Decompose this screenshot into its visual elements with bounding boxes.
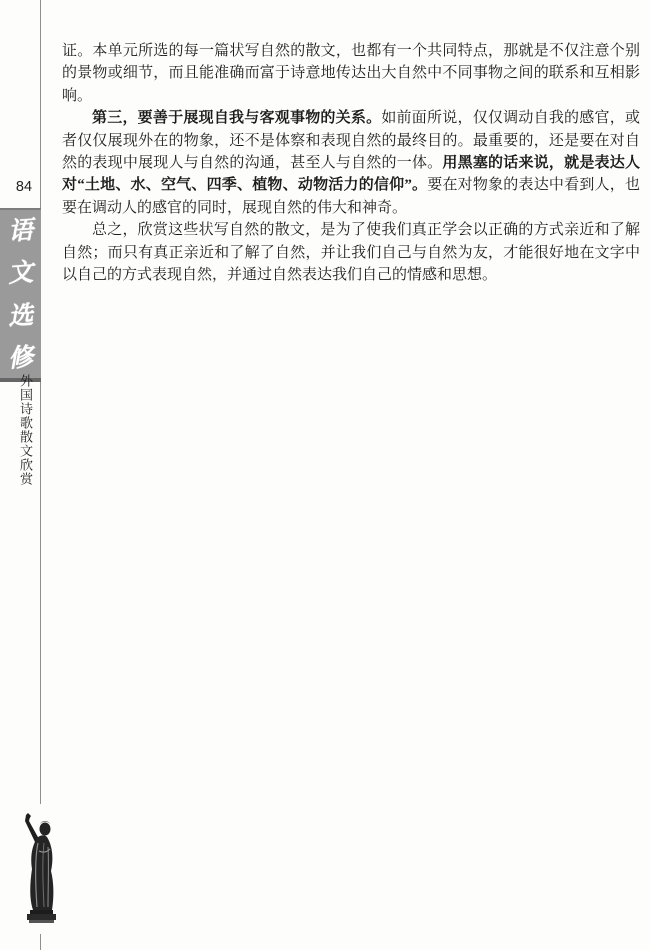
series-logo-char: 语 (7, 217, 34, 244)
paragraph: 第三，要善于展现自我与客观事物的关系。如前面所说，仅仅调动自我的感官，或者仅仅展… (62, 107, 640, 219)
subject-title-vertical: 外国诗歌散文欣赏 (15, 374, 34, 494)
book-page: 84 语 文 选 修 外国诗歌散文欣赏 证。本单元所选的每一篇状写自然的散文，也… (0, 0, 650, 950)
series-logo-char: 修 (7, 344, 34, 371)
series-logo-box: 语 文 选 修 (0, 208, 41, 382)
series-logo-char: 文 (7, 259, 34, 286)
statue-illustration (12, 804, 69, 934)
series-logo-char: 选 (7, 302, 34, 329)
paragraph: 总之，欣赏这些状写自然的散文，是为了使我们真正学会以正确的方式亲近和了解自然；而… (62, 219, 640, 286)
page-number: 84 (10, 179, 38, 195)
text-block: 证。本单元所选的每一篇状写自然的散文，也都有一个共同特点，那就是不仅注意个别的景… (62, 40, 640, 286)
emphasis-text: 第三，要善于展现自我与客观事物的关系。 (92, 110, 381, 126)
body-text: 总之，欣赏这些状写自然的散文，是为了使我们真正学会以正确的方式亲近和了解自然；而… (62, 222, 640, 283)
paragraph: 证。本单元所选的每一篇状写自然的散文，也都有一个共同特点，那就是不仅注意个别的景… (62, 40, 640, 107)
classical-statue-icon (17, 813, 65, 925)
body-text: 证。本单元所选的每一篇状写自然的散文，也都有一个共同特点，那就是不仅注意个别的景… (62, 43, 640, 104)
